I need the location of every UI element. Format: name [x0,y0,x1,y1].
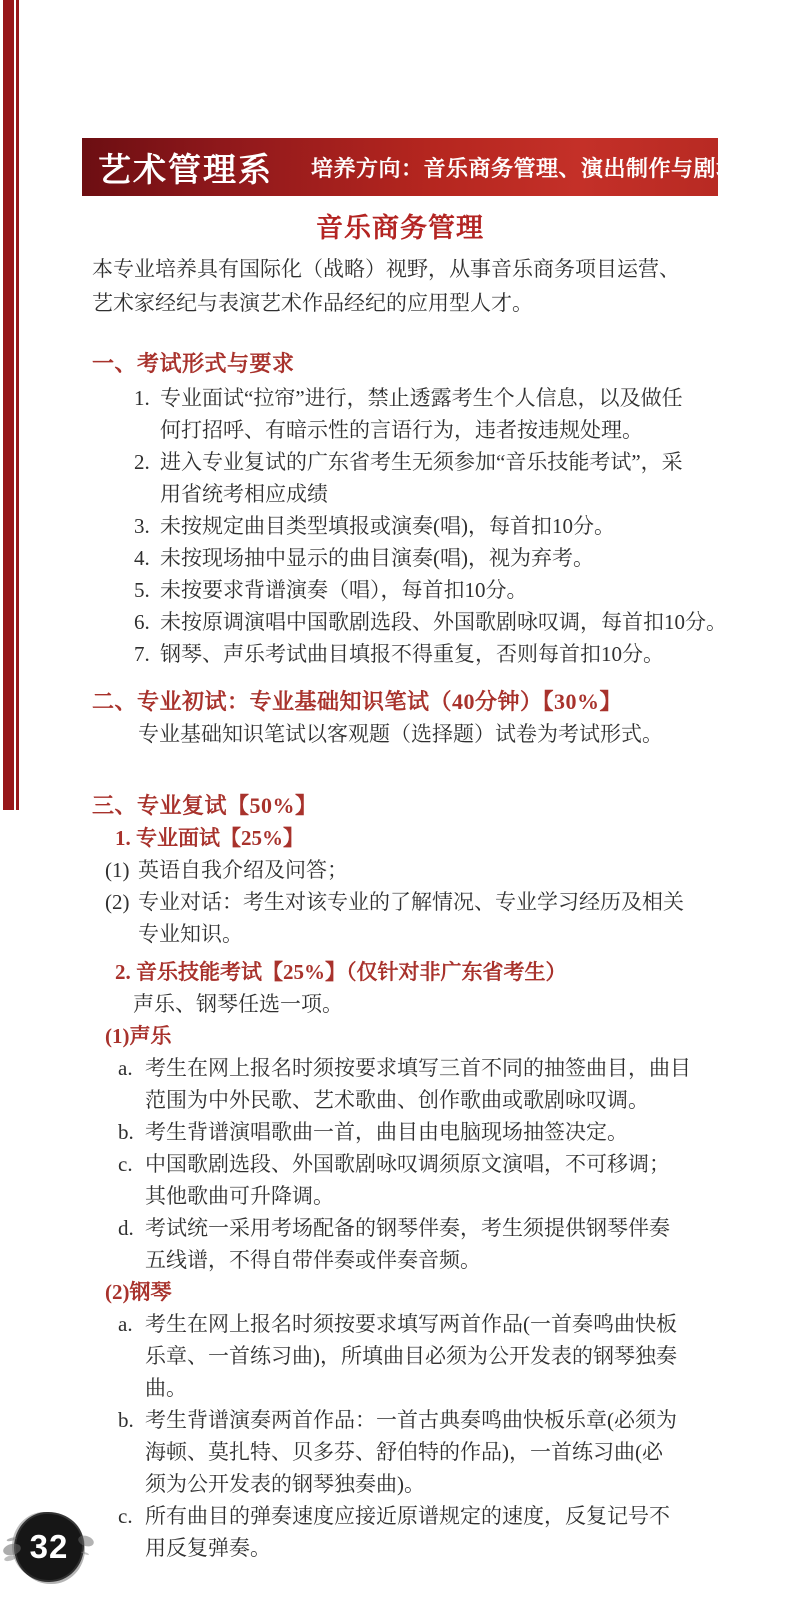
item-line: 英语自我介绍及问答； [138,854,348,886]
interview-list: (1) 英语自我介绍及问答； (2) 专业对话：考生对该专业的了解情况、专业学习… [0,854,800,950]
intro-line: 本专业培养具有国际化（战略）视野，从事音乐商务项目运营、 [92,252,800,286]
item-line: 考生在网上报名时须按要求填写三首不同的抽签曲目，曲目 [145,1052,691,1084]
section1-heading: 一、考试形式与要求 [92,348,800,380]
list-item: c. 所有曲目的弹奏速度应接近原谱规定的速度，反复记号不 用反复弹奏。 [118,1500,800,1564]
list-item: a. 考生在网上报名时须按要求填写三首不同的抽签曲目，曲目 范围为中外民歌、艺术… [118,1052,800,1116]
music-skill-note: 声乐、钢琴任选一项。 [133,988,800,1020]
item-number: b. [118,1404,145,1500]
list-item: 4. 未按现场抽中显示的曲目演奏(唱)，视为弃考。 [134,542,800,574]
list-item: 6. 未按原调演唱中国歌剧选段、外国歌剧咏叹调，每首扣10分。 [134,606,800,638]
item-line: 考试统一采用考场配备的钢琴伴奏，考生须提供钢琴伴奏 [145,1212,670,1244]
list-item: 1. 专业面试“拉帘”进行，禁止透露考生个人信息，以及做任 何打招呼、有暗示性的… [134,382,800,446]
section2-heading: 二、专业初试：专业基础知识笔试（40分钟）【30%】 [92,686,800,718]
list-item: b. 考生背谱演奏两首作品：一首古典奏鸣曲快板乐章(必须为 海顿、莫扎特、贝多芬… [118,1404,800,1500]
item-line: 乐章、一首练习曲)，所填曲目必须为公开发表的钢琴独奏 [145,1340,677,1372]
item-line: 用反复弹奏。 [145,1532,670,1564]
section1-list: 1. 专业面试“拉帘”进行，禁止透露考生个人信息，以及做任 何打招呼、有暗示性的… [0,382,800,670]
page-title: 音乐商务管理 [0,212,800,244]
item-line: 钢琴、声乐考试曲目填报不得重复，否则每首扣10分。 [160,638,664,670]
list-item: b. 考生背谱演唱歌曲一首，曲目由电脑现场抽签决定。 [118,1116,800,1148]
vocal-subheading: (1)声乐 [105,1020,800,1052]
item-number: 6. [134,606,160,638]
interview-subheading: 1. 专业面试【25%】 [115,822,800,854]
item-line: 考生背谱演唱歌曲一首，曲目由电脑现场抽签决定。 [145,1116,628,1148]
item-line: 专业面试“拉帘”进行，禁止透露考生个人信息，以及做任 [160,382,683,414]
item-line: 未按现场抽中显示的曲目演奏(唱)，视为弃考。 [160,542,594,574]
item-number: 3. [134,510,160,542]
document-page: 艺术管理系 培养方向：音乐商务管理、演出制作与剧场管理 音乐商务管理 本专业培养… [0,0,800,1600]
list-item: 7. 钢琴、声乐考试曲目填报不得重复，否则每首扣10分。 [134,638,800,670]
item-number: (1) [105,854,138,886]
item-line: 何打招呼、有暗示性的言语行为，违者按违规处理。 [160,414,683,446]
item-number: d. [118,1212,145,1276]
item-line: 中国歌剧选段、外国歌剧咏叹调须原文演唱，不可移调； [145,1148,670,1180]
item-number: (2) [105,886,138,950]
item-number: b. [118,1116,145,1148]
piano-list: a. 考生在网上报名时须按要求填写两首作品(一首奏鸣曲快板 乐章、一首练习曲)，… [0,1308,800,1564]
item-number: 2. [134,446,160,510]
item-line: 未按要求背谱演奏（唱），每首扣10分。 [160,574,528,606]
item-line: 进入专业复试的广东省考生无须参加“音乐技能考试”，采 [160,446,683,478]
list-item: c. 中国歌剧选段、外国歌剧咏叹调须原文演唱，不可移调； 其他歌曲可升降调。 [118,1148,800,1212]
item-line: 海顿、莫扎特、贝多芬、舒伯特的作品)，一首练习曲(必 [145,1436,677,1468]
item-number: c. [118,1148,145,1212]
item-number: a. [118,1052,145,1116]
item-number: 4. [134,542,160,574]
item-line: 其他歌曲可升降调。 [145,1180,670,1212]
intro-paragraph: 本专业培养具有国际化（战略）视野，从事音乐商务项目运营、 艺术家经纪与表演艺术作… [92,252,800,320]
page-number-badge: 32 [16,1514,82,1580]
piano-subheading: (2)钢琴 [105,1276,800,1308]
list-item: 3. 未按规定曲目类型填报或演奏(唱)，每首扣10分。 [134,510,800,542]
item-number: a. [118,1308,145,1404]
item-line: 未按原调演唱中国歌剧选段、外国歌剧咏叹调，每首扣10分。 [160,606,727,638]
item-line: 用省统考相应成绩 [160,478,683,510]
section2-body: 专业基础知识笔试以客观题（选择题）试卷为考试形式。 [138,718,800,750]
item-number: c. [118,1500,145,1564]
item-number: 5. [134,574,160,606]
list-item: (1) 英语自我介绍及问答； [105,854,800,886]
list-item: a. 考生在网上报名时须按要求填写两首作品(一首奏鸣曲快板 乐章、一首练习曲)，… [118,1308,800,1404]
item-line: 所有曲目的弹奏速度应接近原谱规定的速度，反复记号不 [145,1500,670,1532]
list-item: d. 考试统一采用考场配备的钢琴伴奏，考生须提供钢琴伴奏 五线谱，不得自带伴奏或… [118,1212,800,1276]
item-line: 考生在网上报名时须按要求填写两首作品(一首奏鸣曲快板 [145,1308,677,1340]
section3-heading: 三、专业复试【50%】 [92,790,800,822]
item-number: 1. [134,382,160,446]
list-item: (2) 专业对话：考生对该专业的了解情况、专业学习经历及相关 专业知识。 [105,886,800,950]
item-line: 未按规定曲目类型填报或演奏(唱)，每首扣10分。 [160,510,615,542]
item-line: 须为公开发表的钢琴独奏曲)。 [145,1468,677,1500]
vocal-list: a. 考生在网上报名时须按要求填写三首不同的抽签曲目，曲目 范围为中外民歌、艺术… [0,1052,800,1276]
item-line: 考生背谱演奏两首作品：一首古典奏鸣曲快板乐章(必须为 [145,1404,677,1436]
list-item: 5. 未按要求背谱演奏（唱），每首扣10分。 [134,574,800,606]
music-skill-subheading: 2. 音乐技能考试【25%】（仅针对非广东省考生） [115,956,800,988]
item-line: 专业对话：考生对该专业的了解情况、专业学习经历及相关 [138,886,684,918]
intro-line: 艺术家经纪与表演艺术作品经纪的应用型人才。 [92,286,800,320]
item-line: 专业知识。 [138,918,684,950]
item-line: 范围为中外民歌、艺术歌曲、创作歌曲或歌剧咏叹调。 [145,1084,691,1116]
list-item: 2. 进入专业复试的广东省考生无须参加“音乐技能考试”，采 用省统考相应成绩 [134,446,800,510]
page-number: 32 [30,1528,69,1566]
page-content: 音乐商务管理 本专业培养具有国际化（战略）视野，从事音乐商务项目运营、 艺术家经… [0,0,800,1564]
item-line: 曲。 [145,1372,677,1404]
item-line: 五线谱，不得自带伴奏或伴奏音频。 [145,1244,670,1276]
item-number: 7. [134,638,160,670]
